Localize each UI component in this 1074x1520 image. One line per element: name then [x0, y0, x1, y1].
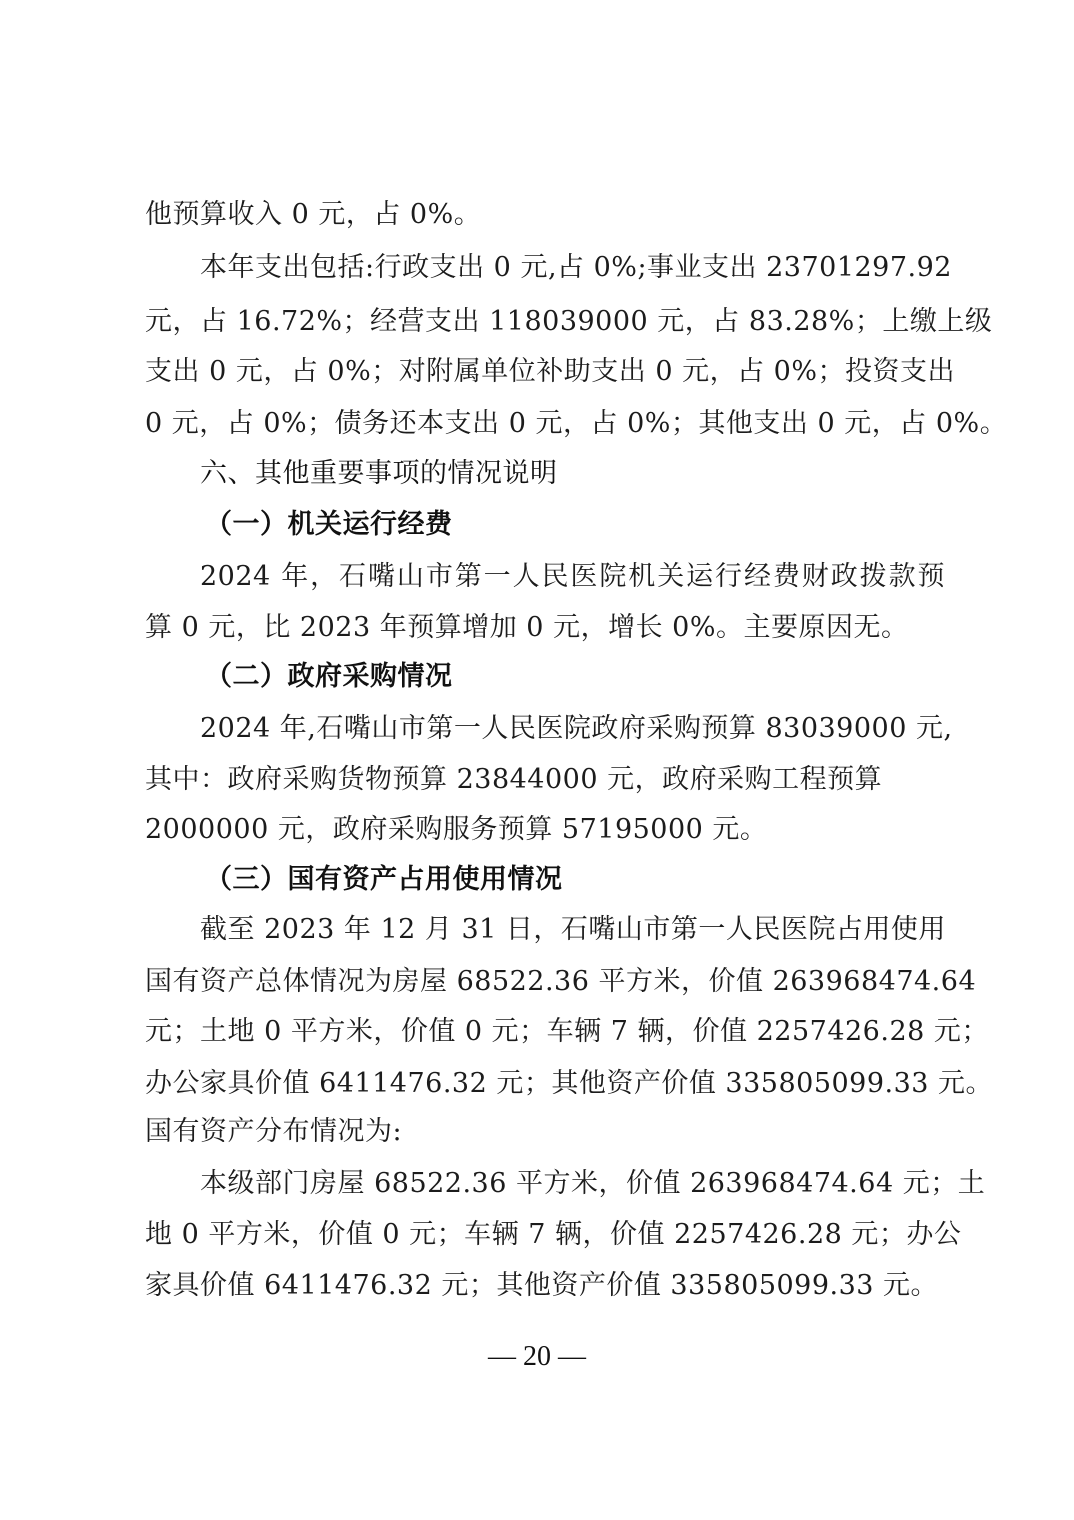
paragraph-line: 办公家具价值 6411476.32 元；其他资产价值 335805099.33 … — [145, 1059, 945, 1109]
paragraph-line: 其中：政府采购货物预算 23844000 元，政府采购工程预算 — [145, 755, 945, 805]
paragraph-line: 元；土地 0 平方米，价值 0 元；车辆 7 辆，价值 2257426.28 元… — [145, 1007, 945, 1057]
document-page: 他预算收入 0 元，占 0%。 本年支出包括:行政支出 0 元,占 0%;事业支… — [0, 0, 1074, 1520]
paragraph-line: 元，占 16.72%；经营支出 118039000 元，占 83.28%；上缴上… — [145, 297, 945, 347]
page-number: — 20 — — [0, 1335, 1074, 1379]
paragraph-line: 国有资产分布情况为: — [145, 1107, 945, 1157]
subsection-heading: （一）机关运行经费 — [205, 500, 1005, 550]
paragraph-line: 本级部门房屋 68522.36 平方米，价值 263968474.64 元；土 — [200, 1159, 945, 1209]
subsection-heading: （二）政府采购情况 — [205, 652, 1005, 702]
paragraph-line: 国有资产总体情况为房屋 68522.36 平方米，价值 263968474.64 — [145, 957, 945, 1007]
paragraph-line: 算 0 元，比 2023 年预算增加 0 元，增长 0%。主要原因无。 — [145, 603, 945, 653]
paragraph-line: 支出 0 元，占 0%；对附属单位补助支出 0 元，占 0%；投资支出 — [145, 347, 945, 397]
paragraph-line: 地 0 平方米，价值 0 元；车辆 7 辆，价值 2257426.28 元；办公 — [145, 1210, 945, 1260]
paragraph-line: 家具价值 6411476.32 元；其他资产价值 335805099.33 元。 — [145, 1261, 945, 1311]
paragraph-line: 0 元，占 0%；债务还本支出 0 元，占 0%；其他支出 0 元，占 0%。 — [145, 399, 945, 449]
paragraph-line: 2024 年,石嘴山市第一人民医院政府采购预算 83039000 元, — [200, 704, 945, 754]
paragraph-line: 2024 年，石嘴山市第一人民医院机关运行经费财政拨款预 — [200, 552, 945, 602]
subsection-heading: （三）国有资产占用使用情况 — [205, 855, 1005, 905]
section-heading: 六、其他重要事项的情况说明 — [200, 449, 945, 499]
continuation-line: 他预算收入 0 元，占 0%。 — [145, 190, 945, 240]
paragraph-line: 本年支出包括:行政支出 0 元,占 0%;事业支出 23701297.92 — [200, 243, 945, 293]
paragraph-line: 2000000 元，政府采购服务预算 57195000 元。 — [145, 805, 945, 855]
paragraph-line: 截至 2023 年 12 月 31 日，石嘴山市第一人民医院占用使用 — [200, 905, 945, 955]
